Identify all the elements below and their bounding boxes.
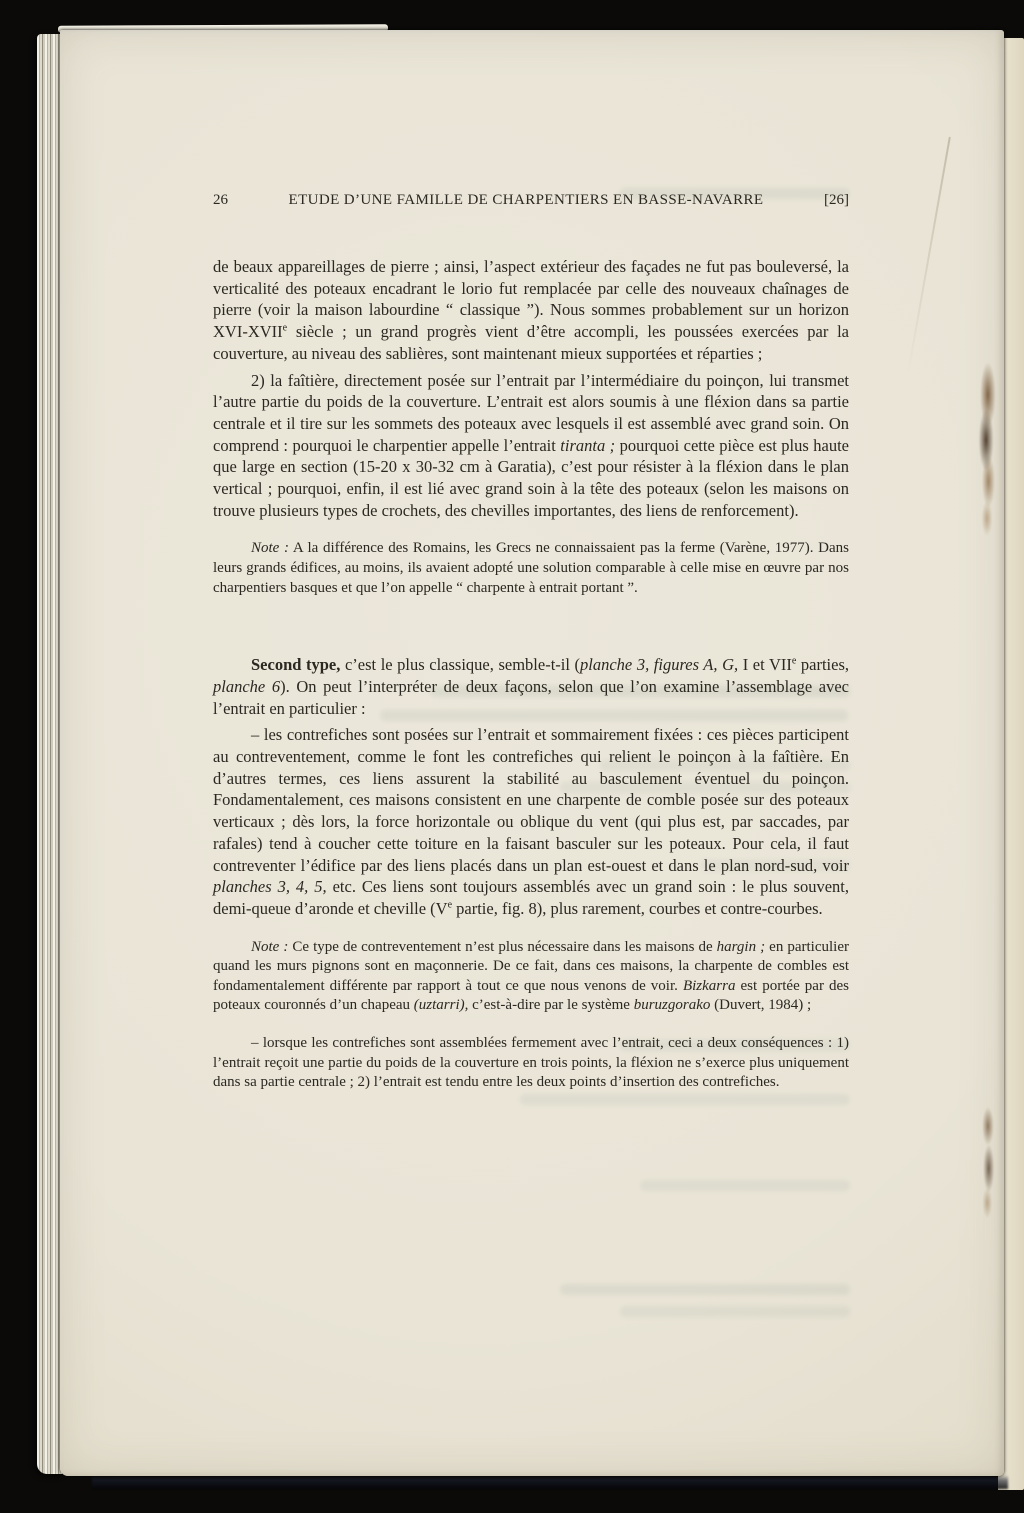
running-header: 26 ETUDE D’UNE FAMILLE DE CHARPENTIERS E… xyxy=(213,192,849,209)
show-through-mark xyxy=(560,1284,850,1295)
book-page: 26 ETUDE D’UNE FAMILLE DE CHARPENTIERS E… xyxy=(60,30,1004,1476)
page-number: 26 xyxy=(213,192,228,209)
fore-edge-damage-lower xyxy=(981,1098,995,1226)
bracket-page-number: [26] xyxy=(824,192,849,209)
numbered-point-2-paragraph: 2) la faîtière, directement posée sur l’… xyxy=(213,370,849,522)
contrefiches-posees-paragraph: – les contrefiches sont posées sur l’ent… xyxy=(213,724,849,919)
continuation-paragraph: de beaux appareillages de pierre ; ainsi… xyxy=(213,256,849,365)
contrefiches-assemblees-paragraph: – lorsque les contrefiches sont assemblé… xyxy=(213,1034,849,1093)
note-hargin-paragraph: Note : Ce type de contreventement n’est … xyxy=(213,938,849,1016)
show-through-mark xyxy=(640,1180,850,1191)
paper-crease xyxy=(907,137,951,374)
text-block: de beaux appareillages de pierre ; ainsi… xyxy=(213,256,849,1093)
page-stack-bottom-shadow xyxy=(92,1475,1008,1489)
page-stack-edges xyxy=(37,34,62,1474)
show-through-mark xyxy=(620,1306,850,1317)
note-grecs-paragraph: Note : A la différence des Romains, les … xyxy=(213,539,849,598)
running-title: ETUDE D’UNE FAMILLE DE CHARPENTIERS EN B… xyxy=(289,192,764,209)
show-through-mark xyxy=(520,1094,850,1105)
second-type-paragraph: Second type, c’est le plus classique, se… xyxy=(213,654,849,719)
fore-edge-damage-upper xyxy=(978,333,996,539)
